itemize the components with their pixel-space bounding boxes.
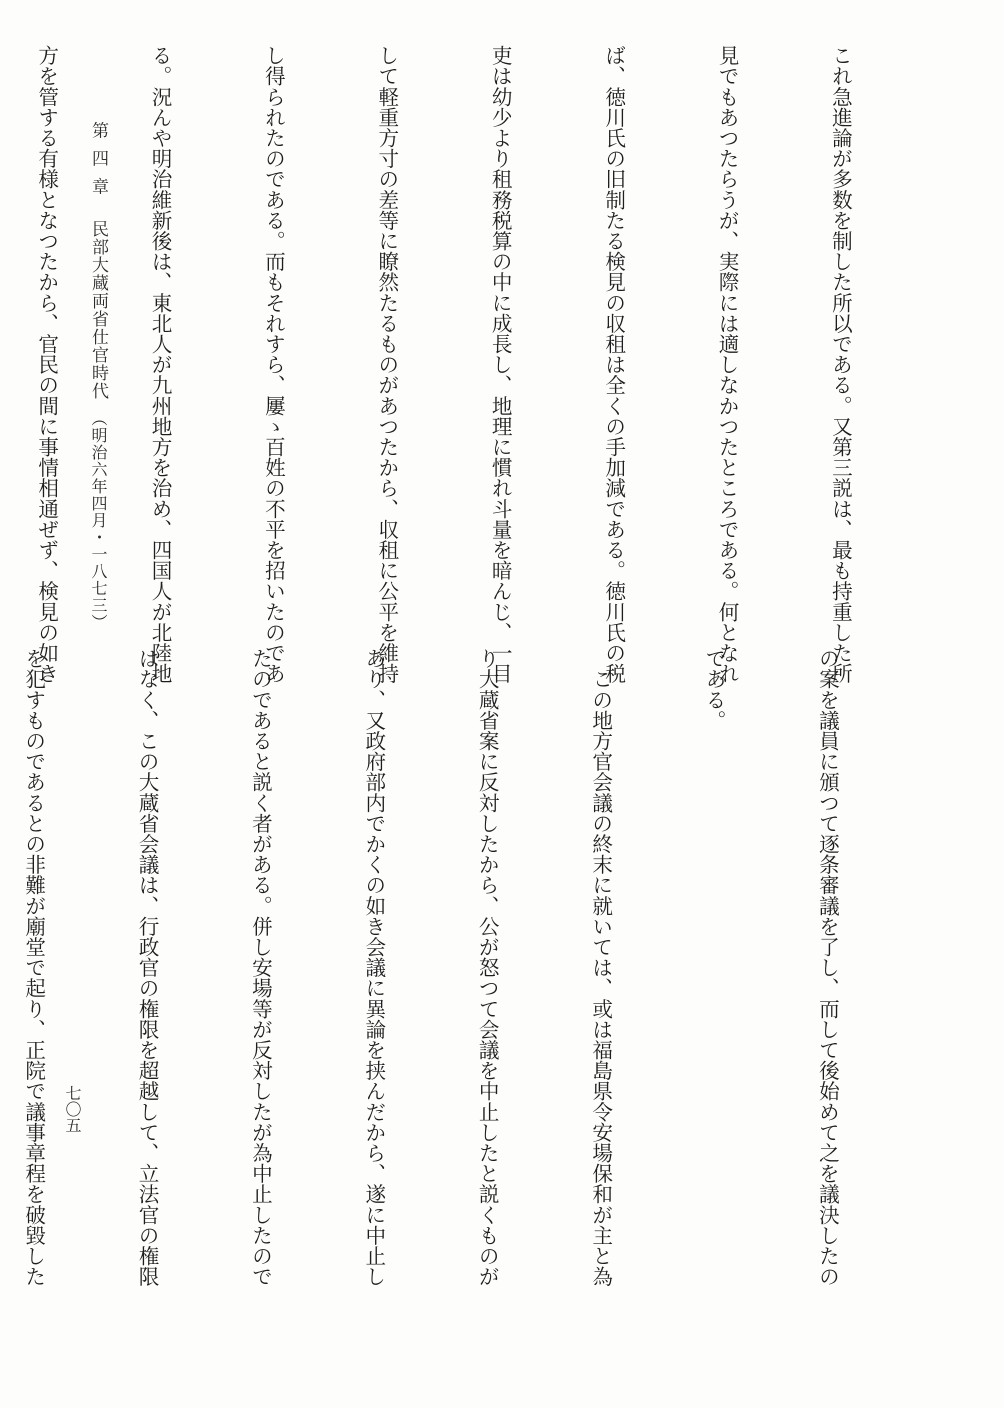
text-column: 見でもあつたらうが、実際には適しなかつたところである。何となれ xyxy=(707,45,745,625)
chapter-period: （明治六年四月・一八七三） xyxy=(89,410,108,631)
text-column: る。況んや明治維新後は、東北人が九州地方を治め、四国人が北陸地 xyxy=(140,45,178,625)
text-column: し得られたのである。而もそれすら、屢ゝ百姓の不平を招いたのであ xyxy=(254,45,292,625)
text-column: 方を管する有様となつたから、官民の間に事情相通ぜず、検見の如き xyxy=(27,45,65,625)
text-column: ば、徳川氏の旧制たる検見の収租は全くの手加減である。徳川氏の税 xyxy=(594,45,632,625)
book-page: これ急進論が多数を制した所以である。又第三説は、最も持重した所 見でもあつたらう… xyxy=(0,0,1004,1408)
text-column: の案を議員に頒つて逐条審議を了し、而して後始めて之を議決したの xyxy=(808,648,846,1248)
page-number: 七〇五 xyxy=(62,1085,82,1133)
text-column: り大蔵省案に反対したから、公が怒つて会議を中止したと説くものが xyxy=(467,648,505,1248)
text-column: この地方官会議の終末に就いては、或は福島県令安場保和が主と為 xyxy=(581,648,619,1248)
text-column: あり、又政府部内でかくの如き会議に異論を挟んだから、遂に中止し xyxy=(354,648,392,1248)
running-header: 第四章民部大蔵両省仕官時代（明治六年四月・一八七三） xyxy=(62,100,134,631)
text-column: これ急進論が多数を制した所以である。又第三説は、最も持重した所 xyxy=(821,45,859,625)
text-column: を犯すものであるとの非難が廟堂で起り、正院で議事章程を破毀した xyxy=(14,648,52,1248)
text-column: して軽重方寸の差等に瞭然たるものがあつたから、収租に公平を維持 xyxy=(367,45,405,625)
text-column: 吏は幼少より租務税算の中に成長し、地理に慣れ斗量を暗んじ、一目 xyxy=(480,45,518,625)
text-column: たのであると説く者がある。併し安場等が反対したが為中止したので xyxy=(241,648,279,1248)
upper-text-block: これ急進論が多数を制した所以である。又第三説は、最も持重した所 見でもあつたらう… xyxy=(0,45,934,625)
lower-text-block: の案を議員に頒つて逐条審議を了し、而して後始めて之を議決したの である。 この地… xyxy=(0,648,921,1248)
text-column: はなく、この大蔵省会議は、行政官の権限を超越して、立法官の権限 xyxy=(127,648,165,1248)
text-column: である。 xyxy=(694,648,732,1248)
chapter-label: 第四章 xyxy=(88,122,108,206)
chapter-title: 民部大蔵両省仕官時代 xyxy=(88,220,108,400)
